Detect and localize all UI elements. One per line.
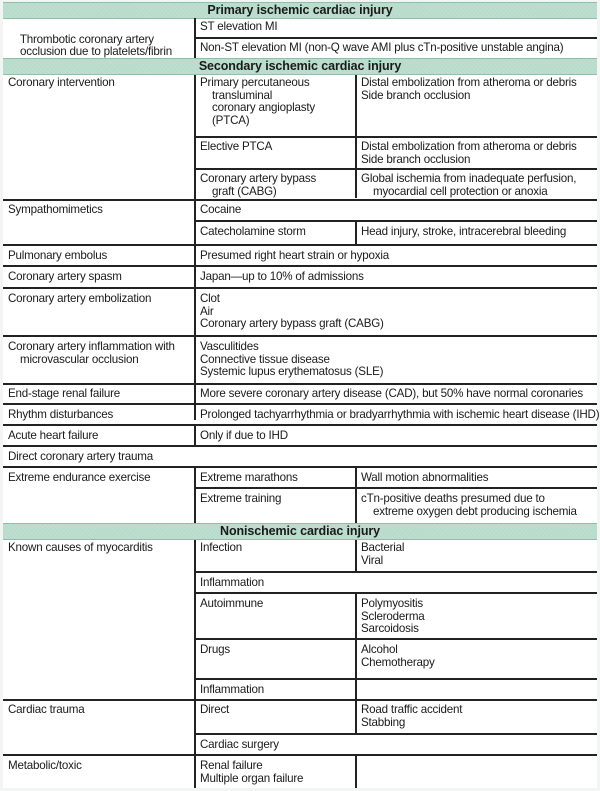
type-cabg: Coronary artery bypassgraft (CABG)	[200, 170, 316, 198]
detail-spasm: Japan—up to 10% of admissions	[200, 268, 364, 284]
cause-rhythm: Rhythm disturbances	[8, 406, 113, 422]
detail-line: myocardial cell protection or anoxia	[361, 186, 576, 199]
detail-line: Global ischemia from inadequate perfusio…	[361, 172, 576, 185]
cause-embolization: Coronary artery embolization	[8, 290, 151, 306]
detail-line: extreme oxygen debt producing ischemia	[361, 506, 577, 519]
detail-drugs: AlcoholChemotherapy	[361, 641, 435, 669]
cause-pulmonary-embolus: Pulmonary embolus	[8, 247, 107, 263]
detail-line: Distal embolization from atheroma or deb…	[361, 76, 577, 89]
cause-metabolic: Metabolic/toxic	[8, 757, 82, 773]
item-st-elevation: ST elevation MI	[200, 18, 277, 34]
detail-elective-ptca: Distal embolization from atheroma or deb…	[361, 138, 577, 166]
detail-line: Systemic lupus erythematosus (SLE)	[200, 365, 383, 378]
detail-line: Alcohol	[361, 643, 398, 656]
detail-line: Sarcoidosis	[361, 622, 419, 635]
detail-primary-ptca: Distal embolization from atheroma or deb…	[361, 74, 577, 102]
detail-line: Coronary artery bypass graft (CABG)	[200, 317, 384, 330]
type-elective-ptca: Elective PTCA	[200, 138, 272, 154]
type-primary-ptca: Primary percutaneoustransluminalcoronary…	[200, 74, 315, 127]
cause-line: occlusion due to platelets/fibrin	[8, 46, 172, 59]
detail-line: Distal embolization from atheroma or deb…	[361, 140, 577, 153]
cause-line: Thrombotic coronary artery	[20, 33, 154, 46]
detail-pulmonary-embolus: Presumed right heart strain or hypoxia	[200, 247, 389, 263]
detail-training: cTn-positive deaths presumed due toextre…	[361, 490, 577, 518]
type-inflammation-1: Inflammation	[200, 574, 264, 590]
section-header-primary: Primary ischemic cardiac injury	[3, 2, 597, 19]
type-line: coronary angioplasty	[200, 102, 315, 115]
cause-myocarditis: Known causes of myocarditis	[8, 539, 153, 555]
type-line: Coronary artery bypass	[200, 172, 316, 185]
detail-line: Vasculitides	[200, 340, 259, 353]
cause-renal: End-stage renal failure	[8, 385, 120, 401]
type-training: Extreme training	[200, 490, 281, 506]
type-line: Primary percutaneous	[200, 76, 309, 89]
type-drugs: Drugs	[200, 641, 230, 657]
detail-line: Scleroderma	[361, 610, 425, 623]
detail-line: Viral	[361, 554, 383, 567]
type-catecholamine: Catecholamine storm	[200, 223, 306, 239]
cause-inflammation: Coronary artery inflammation withmicrova…	[8, 338, 175, 366]
cause-heart-failure: Acute heart failure	[8, 427, 98, 443]
cardiac-injury-table: Primary ischemic cardiac injury Thrombot…	[3, 2, 597, 788]
type-metabolic: Renal failureMultiple organ failure	[200, 757, 303, 785]
detail-line: Connective tissue disease	[200, 353, 330, 366]
detail-marathons: Wall motion abnormalities	[361, 469, 488, 485]
cause-coronary-intervention: Coronary intervention	[8, 74, 115, 90]
type-line: Multiple organ failure	[200, 772, 303, 785]
detail-catecholamine: Head injury, stroke, intracerebral bleed…	[361, 223, 566, 239]
cause-sympathomimetics: Sympathomimetics	[8, 201, 103, 217]
type-line: (PTCA)	[200, 115, 315, 128]
type-inflammation-2: Inflammation	[200, 681, 264, 697]
type-line: graft (CABG)	[200, 186, 316, 199]
detail-renal: More severe coronary artery disease (CAD…	[200, 385, 583, 401]
type-direct: Direct	[200, 701, 229, 717]
type-marathons: Extreme marathons	[200, 469, 298, 485]
detail-heart-failure: Only if due to IHD	[200, 427, 288, 443]
section-header-nonischemic: Nonischemic cardiac injury	[3, 523, 597, 540]
detail-line: Side branch occlusion	[361, 89, 470, 102]
type-autoimmune: Autoimmune	[200, 595, 263, 611]
detail-autoimmune: PolymyositisSclerodermaSarcoidosis	[361, 595, 425, 636]
type-line: Renal failure	[200, 759, 263, 772]
detail-line: Polymyositis	[361, 597, 423, 610]
cause-cardiac-trauma: Cardiac trauma	[8, 701, 84, 717]
detail-cabg: Global ischemia from inadequate perfusio…	[361, 170, 576, 198]
detail-line: Clot	[200, 292, 220, 305]
cause-spasm: Coronary artery spasm	[8, 268, 122, 284]
cause-direct-trauma: Direct coronary artery trauma	[8, 448, 153, 464]
detail-infection: BacterialViral	[361, 539, 404, 567]
cause-line: microvascular occlusion	[8, 354, 175, 367]
type-cardiac-surgery: Cardiac surgery	[200, 736, 279, 752]
section-header-secondary: Secondary ischemic cardiac injury	[3, 58, 597, 75]
cause-line: Coronary artery inflammation with	[8, 340, 175, 353]
cause-endurance: Extreme endurance exercise	[8, 469, 150, 485]
type-cocaine: Cocaine	[200, 201, 241, 217]
detail-direct: Road traffic accidentStabbing	[361, 701, 462, 729]
detail-line: cTn-positive deaths presumed due to	[361, 492, 545, 505]
detail-line: Side branch occlusion	[361, 153, 470, 166]
detail-line: Stabbing	[361, 716, 405, 729]
item-nstemi: Non-ST elevation MI (non-Q wave AMI plus…	[200, 39, 563, 55]
detail-line: Air	[200, 305, 214, 318]
detail-rhythm: Prolonged tachyarrhythmia or bradyarrhyt…	[200, 406, 599, 422]
detail-embolization: ClotAirCoronary artery bypass graft (CAB…	[200, 290, 384, 331]
detail-line: Road traffic accident	[361, 703, 462, 716]
detail-inflammation: VasculitidesConnective tissue diseaseSys…	[200, 338, 383, 379]
detail-line: Bacterial	[361, 541, 404, 554]
type-infection: Infection	[200, 539, 242, 555]
detail-line: Chemotherapy	[361, 656, 435, 669]
